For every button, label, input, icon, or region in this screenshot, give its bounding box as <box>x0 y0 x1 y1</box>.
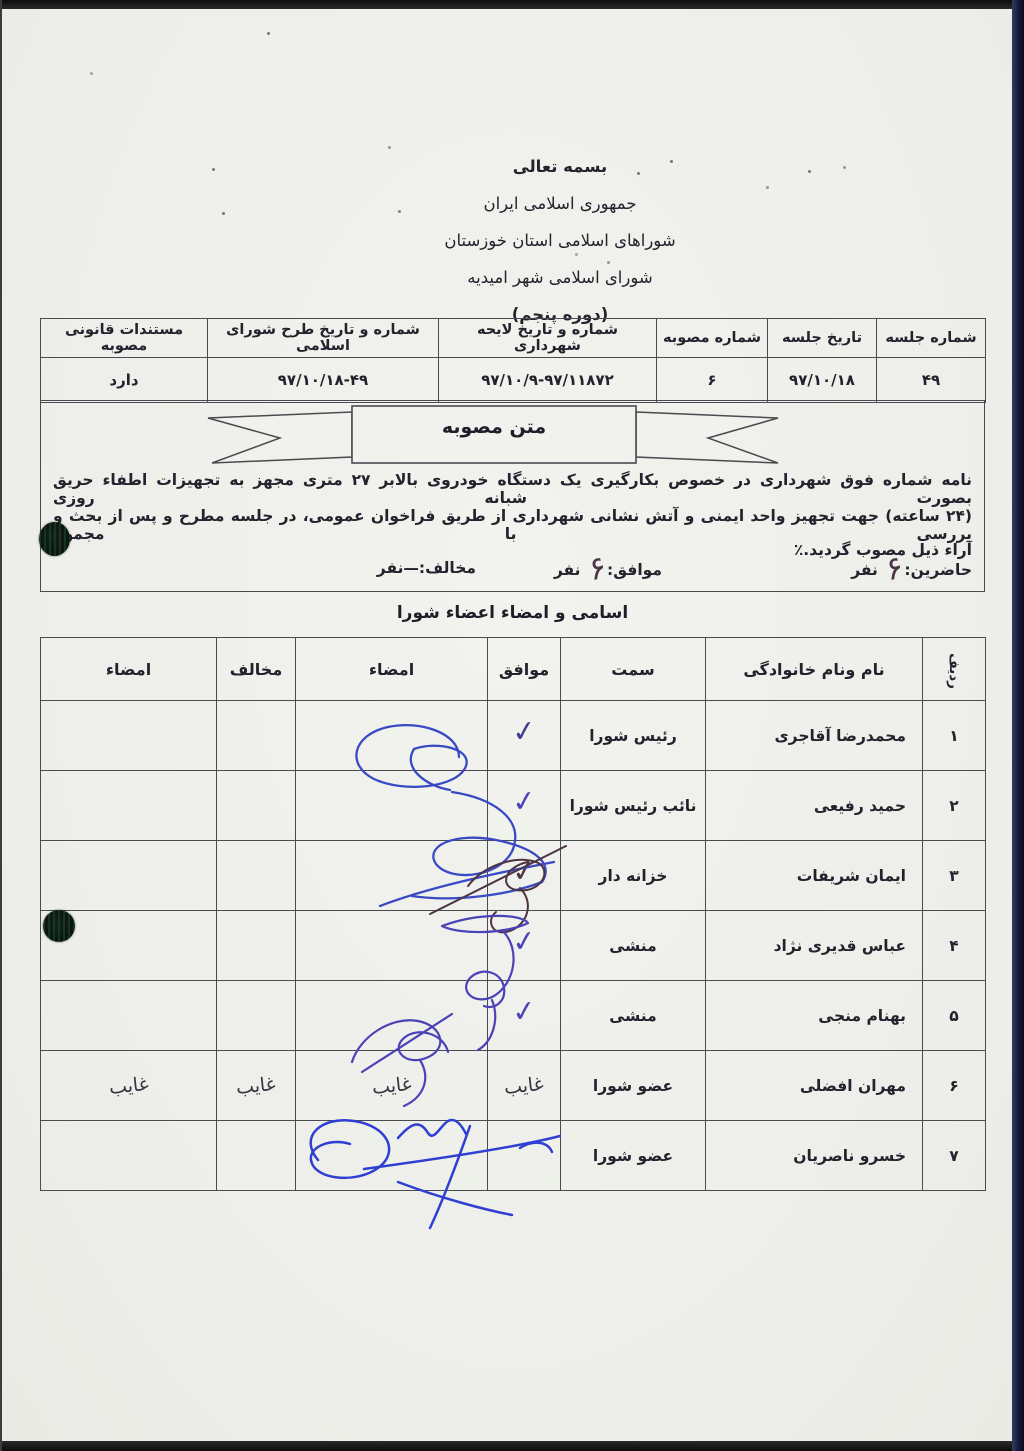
agree-cell: ✓ <box>488 701 561 771</box>
ribbon-left-wing <box>208 412 352 463</box>
signature-cell: غایب <box>296 1051 488 1121</box>
header-city-council: شورای اسلامی شهر امیدیه <box>90 259 1024 296</box>
meta-header-council-plan: شماره و تاریخ طرح شورای اسلامی <box>208 319 439 358</box>
member-position: منشی <box>561 981 706 1051</box>
member-name: عباس قدیری نژاد <box>706 911 923 981</box>
absent-mark: غایب <box>503 1072 545 1098</box>
member-row: ۱ محمدرضا آقاجری رئیس شورا ✓ <box>41 701 986 771</box>
meta-value-session-date: ۹۷/۱۰/۱۸ <box>768 358 877 403</box>
member-position: نائب رئیس شورا <box>561 771 706 841</box>
oppose-cell <box>217 1121 296 1191</box>
member-name: محمدرضا آقاجری <box>706 701 923 771</box>
council-members-table: ردیف نام ونام خانوادگی سمت موافق امضاء م… <box>40 637 986 1191</box>
resolution-banner-title: متن مصوبه <box>352 416 636 438</box>
signature-cell-2: غایب <box>41 1051 217 1121</box>
checkmark-mark: ✓ <box>512 799 536 802</box>
member-position: رئیس شورا <box>561 701 706 771</box>
row-number: ۳ <box>923 841 986 911</box>
absent-mark: غایب <box>371 1072 413 1098</box>
member-position: خزانه دار <box>561 841 706 911</box>
stat-present-unit: نفر <box>851 561 878 579</box>
absent-mark: غایب <box>235 1072 277 1098</box>
roster-header-signature-2: امضاء <box>41 638 217 701</box>
row-number: ۱ <box>923 701 986 771</box>
agree-cell: ✓ <box>488 771 561 841</box>
member-row: ۷ خسرو ناصریان عضو شورا <box>41 1121 986 1191</box>
member-position: عضو شورا <box>561 1051 706 1121</box>
roster-header-row: ردیف نام ونام خانوادگی سمت موافق امضاء م… <box>41 638 986 701</box>
oppose-cell <box>217 771 296 841</box>
signature-cell-2 <box>41 701 217 771</box>
row-number: ۵ <box>923 981 986 1051</box>
roster-header-name: نام ونام خانوادگی <box>706 638 923 701</box>
member-name: ایمان شریفات <box>706 841 923 911</box>
meta-value-legal-docs: دارد <box>41 358 208 403</box>
absent-mark: غایب <box>108 1072 150 1098</box>
stat-oppose-label: مخالف: <box>419 559 476 577</box>
stat-present: حاضرین:۶ نفر <box>851 559 972 579</box>
stat-present-label: حاضرین: <box>904 561 972 579</box>
stat-oppose: مخالف:—نفر <box>377 559 476 577</box>
meta-value-council-plan: ۹۷/۱۰/۱۸-۴۹ <box>208 358 439 403</box>
checkmark-mark: ✓ <box>512 869 536 872</box>
signature-cell-2 <box>41 841 217 911</box>
oppose-cell <box>217 981 296 1051</box>
signature-cell <box>296 771 488 841</box>
punch-hole <box>39 522 70 556</box>
member-name: بهنام منجی <box>706 981 923 1051</box>
member-name: مهران افضلی <box>706 1051 923 1121</box>
ribbon-right-wing <box>636 412 778 463</box>
row-number: ۷ <box>923 1121 986 1191</box>
meta-value-resolution-number: ۶ <box>657 358 768 403</box>
member-position: عضو شورا <box>561 1121 706 1191</box>
member-name: حمید رفیعی <box>706 771 923 841</box>
agree-cell: ✓ <box>488 911 561 981</box>
member-row: ۴ عباس قدیری نژاد منشی ✓ <box>41 911 986 981</box>
checkmark-mark: ✓ <box>512 729 536 732</box>
signature-cell <box>296 911 488 981</box>
member-name: خسرو ناصریان <box>706 1121 923 1191</box>
signature-cell <box>296 841 488 911</box>
scanned-document-page: بسمه تعالی جمهوری اسلامی ایران شوراهای ا… <box>0 0 1024 1451</box>
stat-oppose-unit: نفر <box>377 559 404 577</box>
roster-header-row-number-label: ردیف <box>946 653 962 689</box>
oppose-cell <box>217 701 296 771</box>
checkmark-mark: ✓ <box>512 939 536 942</box>
agree-cell: غایب <box>488 1051 561 1121</box>
oppose-cell <box>217 911 296 981</box>
signature-cell-2 <box>41 771 217 841</box>
member-row: ۵ بهنام منجی منشی ✓ <box>41 981 986 1051</box>
agree-cell <box>488 1121 561 1191</box>
member-row: ۶ مهران افضلی عضو شورا غایب غایب غایب غا… <box>41 1051 986 1121</box>
meta-header-session-date: تاریخ جلسه <box>768 319 877 358</box>
signature-cell <box>296 701 488 771</box>
meta-header-legal-docs: مستندات قانونی مصوبه <box>41 319 208 358</box>
meta-header-resolution-number: شماره مصوبه <box>657 319 768 358</box>
scan-edge-top <box>0 0 1024 9</box>
member-position: منشی <box>561 911 706 981</box>
stat-agree: موافق:۶ نفر <box>554 559 662 579</box>
signature-cell <box>296 981 488 1051</box>
roster-header-oppose: مخالف <box>217 638 296 701</box>
member-row: ۲ حمید رفیعی نائب رئیس شورا ✓ <box>41 771 986 841</box>
signature-cell <box>296 1121 488 1191</box>
row-number: ۴ <box>923 911 986 981</box>
header-province-councils: شوراهای اسلامی استان خوزستان <box>90 222 1024 259</box>
scan-speck <box>90 72 93 75</box>
resolution-meta-table: شماره جلسه تاریخ جلسه شماره مصوبه شماره … <box>40 318 986 403</box>
roster-header-position: سمت <box>561 638 706 701</box>
meta-header-row: شماره جلسه تاریخ جلسه شماره مصوبه شماره … <box>41 319 986 358</box>
meta-value-row: ۴۹ ۹۷/۱۰/۱۸ ۶ ۹۷/۱۰/۹-۹۷/۱۱۸۷۲ ۹۷/۱۰/۱۸-… <box>41 358 986 403</box>
signature-cell-2 <box>41 1121 217 1191</box>
oppose-cell: غایب <box>217 1051 296 1121</box>
meta-value-session-number: ۴۹ <box>877 358 986 403</box>
roster-header-agree: موافق <box>488 638 561 701</box>
resolution-box: متن مصوبه نامه شماره فوق شهرداری در خصوص… <box>40 400 985 592</box>
meta-header-session-number: شماره جلسه <box>877 319 986 358</box>
signature-cell-2 <box>41 981 217 1051</box>
roster-title: اسامی و امضاء اعضاء شورا <box>40 603 985 623</box>
agree-cell: ✓ <box>488 841 561 911</box>
resolution-text-line-2: (۲۴ ساعته) جهت تجهیز واحد ایمنی و آتش نش… <box>53 507 972 543</box>
meta-value-municipality-bill: ۹۷/۱۰/۹-۹۷/۱۱۸۷۲ <box>439 358 657 403</box>
member-row: ۳ ایمان شریفات خزانه دار ✓ <box>41 841 986 911</box>
punch-hole <box>43 910 75 942</box>
stat-agree-unit: نفر <box>554 561 581 579</box>
oppose-cell <box>217 841 296 911</box>
agree-cell: ✓ <box>488 981 561 1051</box>
header-invocation: بسمه تعالی <box>90 148 1024 185</box>
roster-header-row-number: ردیف <box>923 638 986 701</box>
roster-header-signature: امضاء <box>296 638 488 701</box>
scan-edge-bottom <box>0 1441 1024 1451</box>
resolution-text-line-3: آراء ذیل مصوب گردید.٪ <box>53 541 972 559</box>
row-number: ۶ <box>923 1051 986 1121</box>
checkmark-mark: ✓ <box>512 1009 536 1012</box>
stat-agree-value-handwritten: ۶ <box>588 561 607 574</box>
resolution-text-line-1: نامه شماره فوق شهرداری در خصوص بکارگیری … <box>53 471 972 507</box>
stat-agree-label: موافق: <box>607 561 662 579</box>
scan-speck <box>267 32 270 35</box>
stat-present-value-handwritten: ۶ <box>885 561 904 574</box>
header-country: جمهوری اسلامی ایران <box>90 185 1024 222</box>
meta-header-municipality-bill: شماره و تاریخ لایحه شهرداری <box>439 319 657 358</box>
stat-oppose-value: — <box>403 559 419 577</box>
scan-edge-left <box>0 0 2 1451</box>
document-header: بسمه تعالی جمهوری اسلامی ایران شوراهای ا… <box>90 148 1024 333</box>
row-number: ۲ <box>923 771 986 841</box>
